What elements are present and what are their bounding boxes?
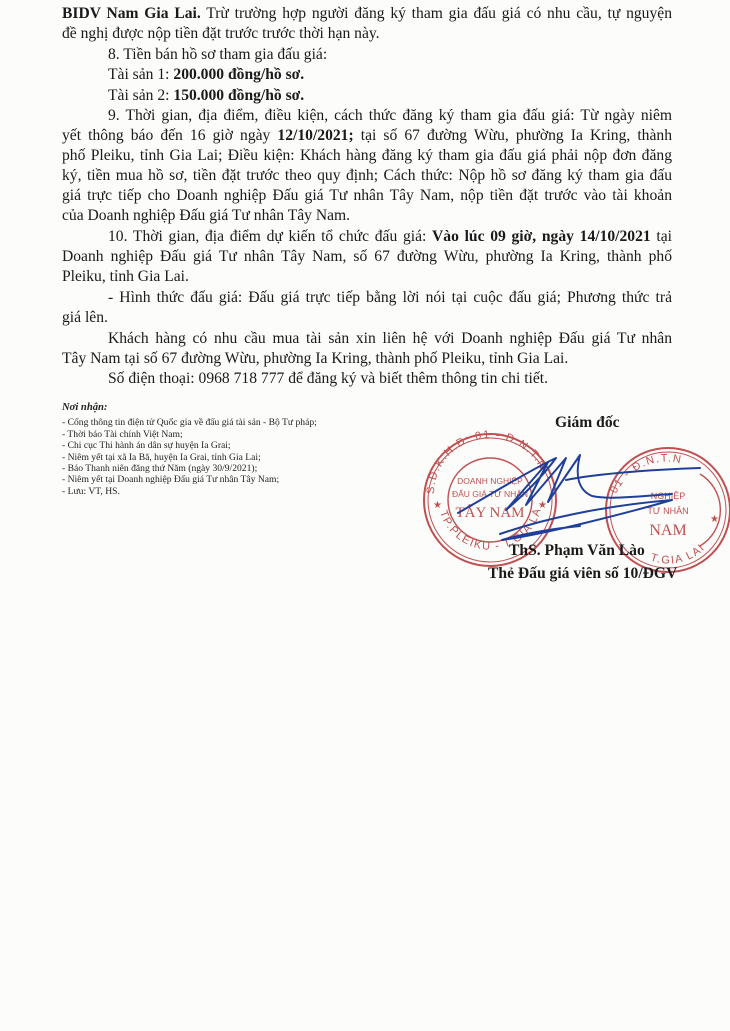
stamp-inner-line2: ĐẤU GIÁ TƯ NHÂN [452,489,528,499]
partial-stamp-line1: NGHIỆP [651,491,686,501]
stamp-inner-line1: DOANH NGHIỆP [457,476,523,486]
partial-stamp-line3: NAM [649,522,686,539]
body-text: 9. Thời gian, địa điểm, điều kiện, cách … [108,107,672,124]
body-text: phố Pleiku, tỉnh Gia Lai; Điều kiện: Khá… [62,147,672,164]
stamp-inner-line3: TÂY NAM [455,504,524,521]
body-line: Số điện thoại: 0968 718 777 để đăng ký v… [108,369,672,389]
recipients-block: Nơi nhận: - Cổng thông tin điện tử Quốc … [62,402,317,497]
body-text: Doanh nghiệp Đấu giá Tư nhân Tây Nam, số… [62,248,672,265]
body-text: Tài sản 1: [108,66,173,83]
body-line: của Doanh nghiệp Đấu giá Tư nhân Tây Nam… [62,206,672,226]
body-line: 9. Thời gian, địa điểm, điều kiện, cách … [108,106,672,126]
signer-name: ThS. Phạm Văn Lào [509,542,645,560]
recipient-item: - Chi cục Thi hành án dân sự huyện Ia Gr… [62,440,317,451]
body-line: Khách hàng có nhu cầu mua tài sản xin li… [108,329,672,349]
svg-text:01 - Đ.N.T.N: 01 - Đ.N.T.N [608,452,683,495]
body-line: BIDV Nam Gia Lai. Trừ trường hợp người đ… [62,4,672,24]
recipient-item: - Cổng thông tin điện tử Quốc gia về đấu… [62,417,317,428]
body-text: 8. Tiền bán hồ sơ tham gia đấu giá: [108,46,327,63]
body-line: Doanh nghiệp Đấu giá Tư nhân Tây Nam, số… [62,247,672,267]
partial-stamp-ring-top: 01 - Đ.N.T.N [608,452,683,495]
body-text: yết thông báo đến 16 giờ ngày [62,127,277,144]
body-text: - Hình thức đấu giá: Đấu giá trực tiếp b… [108,289,672,306]
body-line: 8. Tiền bán hồ sơ tham gia đấu giá: [108,45,672,65]
body-line: giá lên. [62,308,672,328]
body-text: Số điện thoại: 0968 718 777 để đăng ký v… [108,370,548,387]
svg-text:★: ★ [710,514,719,525]
partial-stamp-ring-bottom: T.GIA LAI [649,542,708,567]
body-line: giá trực tiếp cho Doanh nghiệp Đấu giá T… [62,186,672,206]
body-line: 10. Thời gian, địa điểm dự kiến tổ chức … [108,227,672,247]
body-text: giá lên. [62,309,108,326]
document-page: BIDV Nam Gia Lai. Trừ trường hợp người đ… [0,0,730,1031]
svg-text:★: ★ [538,500,547,511]
emphasis-text: 200.000 đồng/hồ sơ. [173,66,304,83]
recipient-item: - Báo Thanh niên đăng thứ Năm (ngày 30/9… [62,463,317,474]
svg-text:T.GIA LAI: T.GIA LAI [649,542,708,567]
body-text: Trừ trường hợp người đăng ký tham gia đấ… [201,5,672,22]
body-text: Khách hàng có nhu cầu mua tài sản xin li… [108,330,672,347]
emphasis-text: 12/10/2021; [277,127,353,144]
body-text: 10. Thời gian, địa điểm dự kiến tổ chức … [108,228,432,245]
emphasis-text: 150.000 đồng/hồ sơ. [173,87,304,104]
emphasis-text: Vào lúc 09 giờ, ngày 14/10/2021 [432,228,651,245]
recipients-title: Nơi nhận: [62,402,317,413]
partial-stamp-line2: TƯ NHÂN [647,506,688,516]
body-text: tại [651,228,672,245]
body-line: Tài sản 1: 200.000 đồng/hồ sơ. [108,65,672,85]
body-text: Pleiku, tỉnh Gia Lai. [62,268,189,285]
body-text: Tây Nam tại số 67 đường Wừu, phường Ia K… [62,350,568,367]
body-line: phố Pleiku, tỉnh Gia Lai; Điều kiện: Khá… [62,146,672,166]
svg-text:S.Đ.K.H.Đ: 01 - Đ.N.T.N: S.Đ.K.H.Đ: 01 - Đ.N.T.N [425,429,549,494]
handwritten-signature [458,455,700,540]
body-line: ký, tiền mua hồ sơ, tiền đặt trước theo … [62,166,672,186]
body-line: yết thông báo đến 16 giờ ngày 12/10/2021… [62,126,672,146]
signer-card-number: Thẻ Đấu giá viên số 10/ĐGV [488,565,677,583]
body-text: đề nghị được nộp tiền đặt trước trước th… [62,25,380,42]
recipient-item: - Niêm yết tại Doanh nghiệp Đấu giá Tư n… [62,474,317,485]
body-text: của Doanh nghiệp Đấu giá Tư nhân Tây Nam… [62,207,350,224]
body-line: đề nghị được nộp tiền đặt trước trước th… [62,24,672,44]
body-line: Tây Nam tại số 67 đường Wừu, phường Ia K… [62,349,672,369]
recipient-item: - Niêm yết tại xã Ia Bă, huyện Ia Grai, … [62,452,317,463]
emphasis-text: BIDV Nam Gia Lai. [62,5,201,22]
body-text: tại số 67 đường Wừu, phường Ia Kring, th… [354,127,672,144]
recipient-item: - Thời báo Tài chính Việt Nam; [62,429,317,440]
body-text: ký, tiền mua hồ sơ, tiền đặt trước theo … [62,167,672,184]
recipients-list: - Cổng thông tin điện tử Quốc gia về đấu… [62,417,317,497]
body-text: giá trực tiếp cho Doanh nghiệp Đấu giá T… [62,187,672,204]
body-text: Tài sản 2: [108,87,173,104]
body-line: - Hình thức đấu giá: Đấu giá trực tiếp b… [108,288,672,308]
stamp-ring-top: S.Đ.K.H.Đ: 01 - Đ.N.T.N [425,429,549,494]
signer-title: Giám đốc [555,414,620,432]
body-line: Pleiku, tỉnh Gia Lai. [62,267,672,287]
recipient-item: - Lưu: VT, HS. [62,486,317,497]
body-line: Tài sản 2: 150.000 đồng/hồ sơ. [108,86,672,106]
svg-text:★: ★ [433,500,442,511]
